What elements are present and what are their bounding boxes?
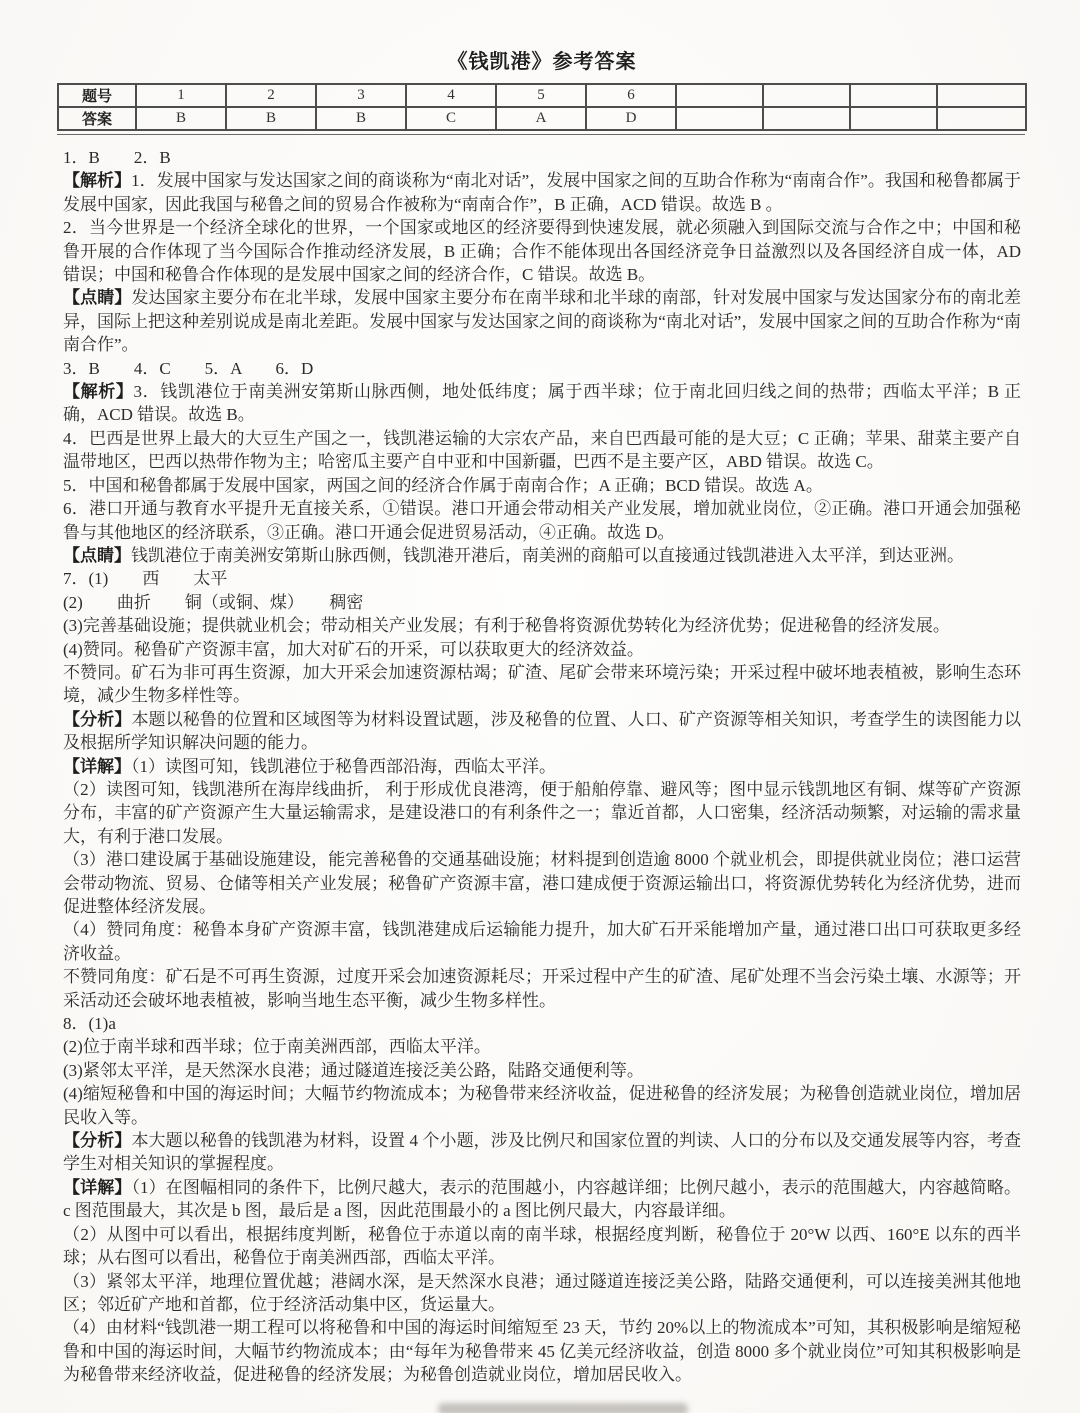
paragraph-text: (2) 曲折 铜（或铜、煤） 稠密 [63,593,363,612]
paragraph: 【点睛】钱凯港位于南美洲安第斯山脉西侧，钱凯港开港后，南美洲的商船可以直接通过钱… [63,544,1021,567]
paragraph-text: 不赞同角度：矿石是不可再生资源，过度开采会加速资源耗尽；开采过程中产生的矿渣、尾… [63,967,1021,1009]
paragraph-text: 本大题以秘鲁的钱凯港为材料，设置 4 个小题，涉及比例尺和国家位置的判读、人口的… [63,1131,1021,1173]
paragraph-text: 3．钱凯港位于南美洲安第斯山脉西侧，地处低纬度；属于西半球；位于南北回归线之间的… [63,382,1021,424]
paragraph-text: 3．B 4．C 5．A 6．D [63,359,313,378]
answer-cell: C [406,107,496,130]
paragraph: （2）从图中可以看出，根据纬度判断，秘鲁位于赤道以南的南半球，根据经度判断，秘鲁… [63,1223,1021,1270]
paragraph-text: 本题以秘鲁的位置和区域图等为材料设置试题，涉及秘鲁的位置、人口、矿产资源等相关知… [63,710,1021,752]
section-label: 【详解】 [63,1178,131,1197]
section-label: 【点睛】 [63,288,131,307]
row-header-cell: 题号 [58,84,136,107]
question-cell [763,84,850,107]
paragraph-text: (4)缩短秘鲁和中国的海运时间；大幅节约物流成本；为秘鲁带来经济收益，促进秘鲁的… [63,1084,1021,1126]
section-label: 【解析】 [63,171,131,190]
section-label: 【解析】 [63,382,133,401]
paragraph: 6．港口开通与教育水平提升无直接关系，①错误。港口开通会带动相关产业发展，增加就… [63,497,1021,544]
paragraph: （2）读图可知，钱凯港所在海岸线曲折， 利于形成优良港湾，便于船舶停靠、避风等；… [63,778,1021,848]
paragraph-text: 8．(1)a [63,1014,116,1033]
paragraph: 不赞同角度：矿石是不可再生资源，过度开采会加速资源耗尽；开采过程中产生的矿渣、尾… [63,965,1021,1012]
answer-table: 题号 1 2 3 4 5 6 答案 B B B C A D [57,83,1027,131]
paragraph: (2)位于南半球和西半球；位于南美洲西部，西临太平洋。 [63,1035,1021,1058]
paragraph: 不赞同。矿石为非可再生资源，加大开采会加速资源枯竭；矿渣、尾矿会带来环境污染；开… [63,661,1021,708]
paragraph: 3．B 4．C 5．A 6．D [63,357,1021,380]
paragraph-text: （3）港口建设属于基础设施建设，能完善秘鲁的交通基础设施；材料提到创造逾 800… [63,850,1021,916]
table-underline [57,134,1025,135]
paragraph: 5．中国和秘鲁都属于发展中国家，两国之间的经济合作属于南南合作；A 正确；BCD… [63,474,1021,497]
paragraph: (4)缩短秘鲁和中国的海运时间；大幅节约物流成本；为秘鲁带来经济收益，促进秘鲁的… [63,1082,1021,1129]
answer-cell [937,107,1026,130]
paragraph-text: 4．巴西是世界上最大的大豆生产国之一，钱凯港运输的大宗农产品，来自巴西最可能的是… [63,429,1021,471]
section-label: 【分析】 [63,1131,131,1150]
answer-cell [763,107,850,130]
question-cell: 6 [586,84,676,107]
question-cell [937,84,1026,107]
answer-cell: D [586,107,676,130]
paragraph: 【分析】本大题以秘鲁的钱凯港为材料，设置 4 个小题，涉及比例尺和国家位置的判读… [63,1129,1021,1176]
paragraph: 7．(1) 西 太平 [63,567,1021,590]
paragraph: 【解析】1．发展中国家与发达国家之间的商谈称为“南北对话”，发展中国家之间的互助… [63,169,1021,216]
question-cell [850,84,937,107]
answer-cell: B [316,107,406,130]
paragraph: 【详解】（1）读图可知，钱凯港位于秘鲁西部沿海，西临太平洋。 [63,755,1021,778]
paragraph: 【分析】本题以秘鲁的位置和区域图等为材料设置试题，涉及秘鲁的位置、人口、矿产资源… [63,708,1021,755]
paragraph: (3)紧邻太平洋，是天然深水良港；通过隧道连接泛美公路，陆路交通便利等。 [63,1059,1021,1082]
paragraph: 2．当今世界是一个经济全球化的世界，一个国家或地区的经济要得到快速发展，就必须融… [63,216,1021,286]
answer-row: 答案 B B B C A D [58,107,1026,130]
paragraph-text: 1．B 2．B [63,148,171,167]
paragraph-text: （1）在图幅相同的条件下，比例尺越大，表示的范围越小，内容越详细；比例尺越小，表… [63,1178,1021,1220]
paragraph-text: (2)位于南半球和西半球；位于南美洲西部，西临太平洋。 [63,1037,491,1056]
paragraph-text: 6．港口开通与教育水平提升无直接关系，①错误。港口开通会带动相关产业发展，增加就… [63,499,1021,541]
answer-cell: A [496,107,586,130]
answer-cell [850,107,937,130]
answer-explanations: 1．B 2．B 【解析】1．发展中国家与发达国家之间的商谈称为“南北对话”，发展… [63,146,1021,1387]
paragraph-text: （2）从图中可以看出，根据纬度判断，秘鲁位于赤道以南的南半球，根据经度判断，秘鲁… [63,1225,1021,1267]
paragraph-text: （4）赞同角度：秘鲁本身矿产资源丰富，钱凯港建成后运输能力提升，加大矿石开采能增… [63,920,1021,962]
question-cell [676,84,763,107]
question-cell: 4 [406,84,496,107]
question-cell: 5 [496,84,586,107]
paragraph: 8．(1)a [63,1012,1021,1035]
paragraph: 1．B 2．B [63,146,1021,169]
paragraph: (4)赞同。秘鲁矿产资源丰富，加大对矿石的开采，可以获取更大的经济效益。 [63,638,1021,661]
next-page-faint-text [438,1403,688,1413]
paragraph-text: 发达国家主要分布在北半球，发展中国家主要分布在南半球和北半球的南部，针对发展中国… [63,288,1021,354]
paragraph-text: 5．中国和秘鲁都属于发展中国家，两国之间的经济合作属于南南合作；A 正确；BCD… [63,476,823,495]
paragraph: 【点睛】发达国家主要分布在北半球，发展中国家主要分布在南半球和北半球的南部，针对… [63,286,1021,356]
paragraph: （4）赞同角度：秘鲁本身矿产资源丰富，钱凯港建成后运输能力提升，加大矿石开采能增… [63,918,1021,965]
paragraph-text: （4）由材料“钱凯港一期工程可以将秘鲁和中国的海运时间缩短至 23 天，节约 2… [63,1318,1021,1384]
paragraph-text: (3)完善基础设施；提供就业机会；带动相关产业发展；有利于秘鲁将资源优势转化为经… [63,616,950,635]
section-label: 【详解】 [63,757,131,776]
paragraph-text: （3）紧邻太平洋，地理位置优越；港阔水深，是天然深水良港；通过隧道连接泛美公路，… [63,1272,1021,1314]
paragraph-text: (4)赞同。秘鲁矿产资源丰富，加大对矿石的开采，可以获取更大的经济效益。 [63,640,644,659]
paragraph-text: (3)紧邻太平洋，是天然深水良港；通过隧道连接泛美公路，陆路交通便利等。 [63,1061,644,1080]
paragraph-text: 2．当今世界是一个经济全球化的世界，一个国家或地区的经济要得到快速发展，就必须融… [63,218,1021,284]
paragraph: (2) 曲折 铜（或铜、煤） 稠密 [63,591,1021,614]
section-label: 【点睛】 [63,546,131,565]
paragraph-text: 1．发展中国家与发达国家之间的商谈称为“南北对话”，发展中国家之间的互助合作称为… [63,171,1021,213]
answer-cell: B [136,107,226,130]
paragraph: 4．巴西是世界上最大的大豆生产国之一，钱凯港运输的大宗农产品，来自巴西最可能的是… [63,427,1021,474]
question-cell: 3 [316,84,406,107]
paragraph: 【详解】（1）在图幅相同的条件下，比例尺越大，表示的范围越小，内容越详细；比例尺… [63,1176,1021,1223]
paragraph: 【解析】3．钱凯港位于南美洲安第斯山脉西侧，地处低纬度；属于西半球；位于南北回归… [63,380,1021,427]
paragraph: （3）港口建设属于基础设施建设，能完善秘鲁的交通基础设施；材料提到创造逾 800… [63,848,1021,918]
document-page: 《钱凯港》参考答案 题号 1 2 3 4 5 6 答案 B B B C A [0,0,1080,1413]
paragraph-text: 7．(1) 西 太平 [63,569,227,588]
page-title: 《钱凯港》参考答案 [63,50,1021,74]
paragraph-text: （2）读图可知，钱凯港所在海岸线曲折， 利于形成优良港湾，便于船舶停靠、避风等；… [63,780,1021,846]
paragraph-text: （1）读图可知，钱凯港位于秘鲁西部沿海，西临太平洋。 [131,757,556,776]
answer-cell [676,107,763,130]
question-cell: 1 [136,84,226,107]
row-header-cell: 答案 [58,107,136,130]
answer-cell: B [226,107,316,130]
section-label: 【分析】 [63,710,131,729]
question-number-row: 题号 1 2 3 4 5 6 [58,84,1026,107]
paragraph: （3）紧邻太平洋，地理位置优越；港阔水深，是天然深水良港；通过隧道连接泛美公路，… [63,1270,1021,1317]
paragraph-text: 钱凯港位于南美洲安第斯山脉西侧，钱凯港开港后，南美洲的商船可以直接通过钱凯港进入… [131,546,964,565]
question-cell: 2 [226,84,316,107]
paragraph-text: 不赞同。矿石为非可再生资源，加大开采会加速资源枯竭；矿渣、尾矿会带来环境污染；开… [63,663,1021,705]
paragraph: (3)完善基础设施；提供就业机会；带动相关产业发展；有利于秘鲁将资源优势转化为经… [63,614,1021,637]
paragraph: （4）由材料“钱凯港一期工程可以将秘鲁和中国的海运时间缩短至 23 天，节约 2… [63,1316,1021,1386]
